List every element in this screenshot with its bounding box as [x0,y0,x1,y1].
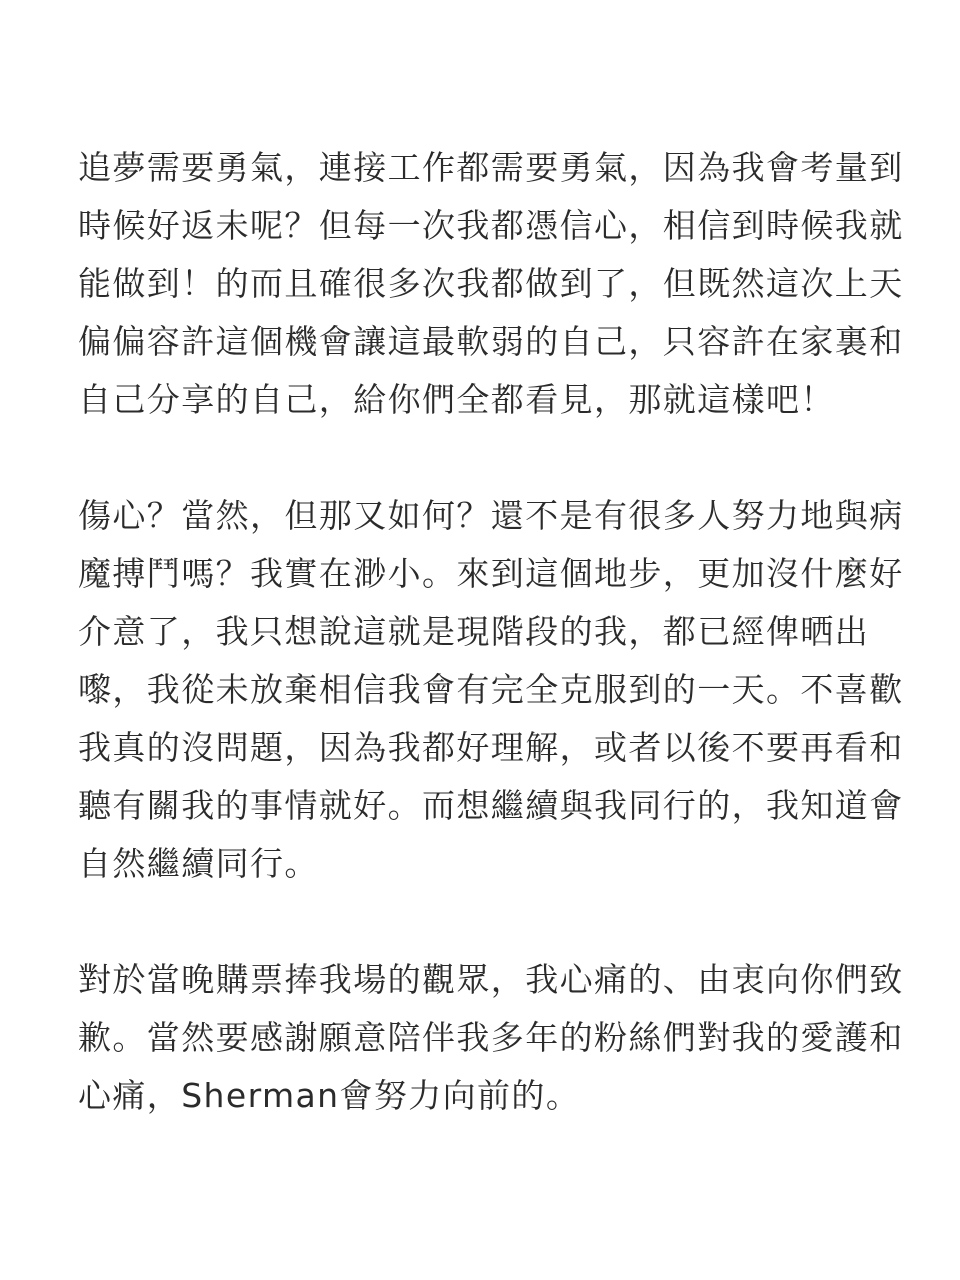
text-line: 追夢需要勇氣，連接工作都需要勇氣，因為我會考量到 [78,139,918,197]
text-line: 傷心？當然，但那又如何？還不是有很多人努力地與病 [78,487,918,545]
text-line: 自然繼續同行。 [78,835,918,893]
text-line: 聽有關我的事情就好。而想繼續與我同行的，我知道會 [78,777,918,835]
text-line: 歉。當然要感謝願意陪伴我多年的粉絲們對我的愛護和 [78,1009,918,1067]
text-line: 自己分享的自己，給你們全都看見，那就這樣吧！ [78,371,918,429]
text-line: 魔搏鬥嗎？我實在渺小。來到這個地步，更加沒什麼好 [78,545,918,603]
text-line: 嚟，我從未放棄相信我會有完全克服到的一天。不喜歡 [78,661,918,719]
text-line: 對於當晚購票捧我場的觀眾，我心痛的、由衷向你們致 [78,951,918,1009]
text-line: 介意了，我只想說這就是現階段的我，都已經俾晒出 [78,603,918,661]
statement-document: 追夢需要勇氣，連接工作都需要勇氣，因為我會考量到 時候好返未呢？但每一次我都憑信… [78,139,918,1125]
text-line: 能做到！的而且確很多次我都做到了，但既然這次上天 [78,255,918,313]
text-line: 時候好返未呢？但每一次我都憑信心，相信到時候我就 [78,197,918,255]
text-line: 心痛，Sherman會努力向前的。 [78,1067,918,1125]
paragraph-3: 對於當晚購票捧我場的觀眾，我心痛的、由衷向你們致 歉。當然要感謝願意陪伴我多年的… [78,951,918,1125]
paragraph-1: 追夢需要勇氣，連接工作都需要勇氣，因為我會考量到 時候好返未呢？但每一次我都憑信… [78,139,918,429]
paragraph-2: 傷心？當然，但那又如何？還不是有很多人努力地與病 魔搏鬥嗎？我實在渺小。來到這個… [78,487,918,893]
text-line: 我真的沒問題，因為我都好理解，或者以後不要再看和 [78,719,918,777]
text-line: 偏偏容許這個機會讓這最軟弱的自己，只容許在家裏和 [78,313,918,371]
